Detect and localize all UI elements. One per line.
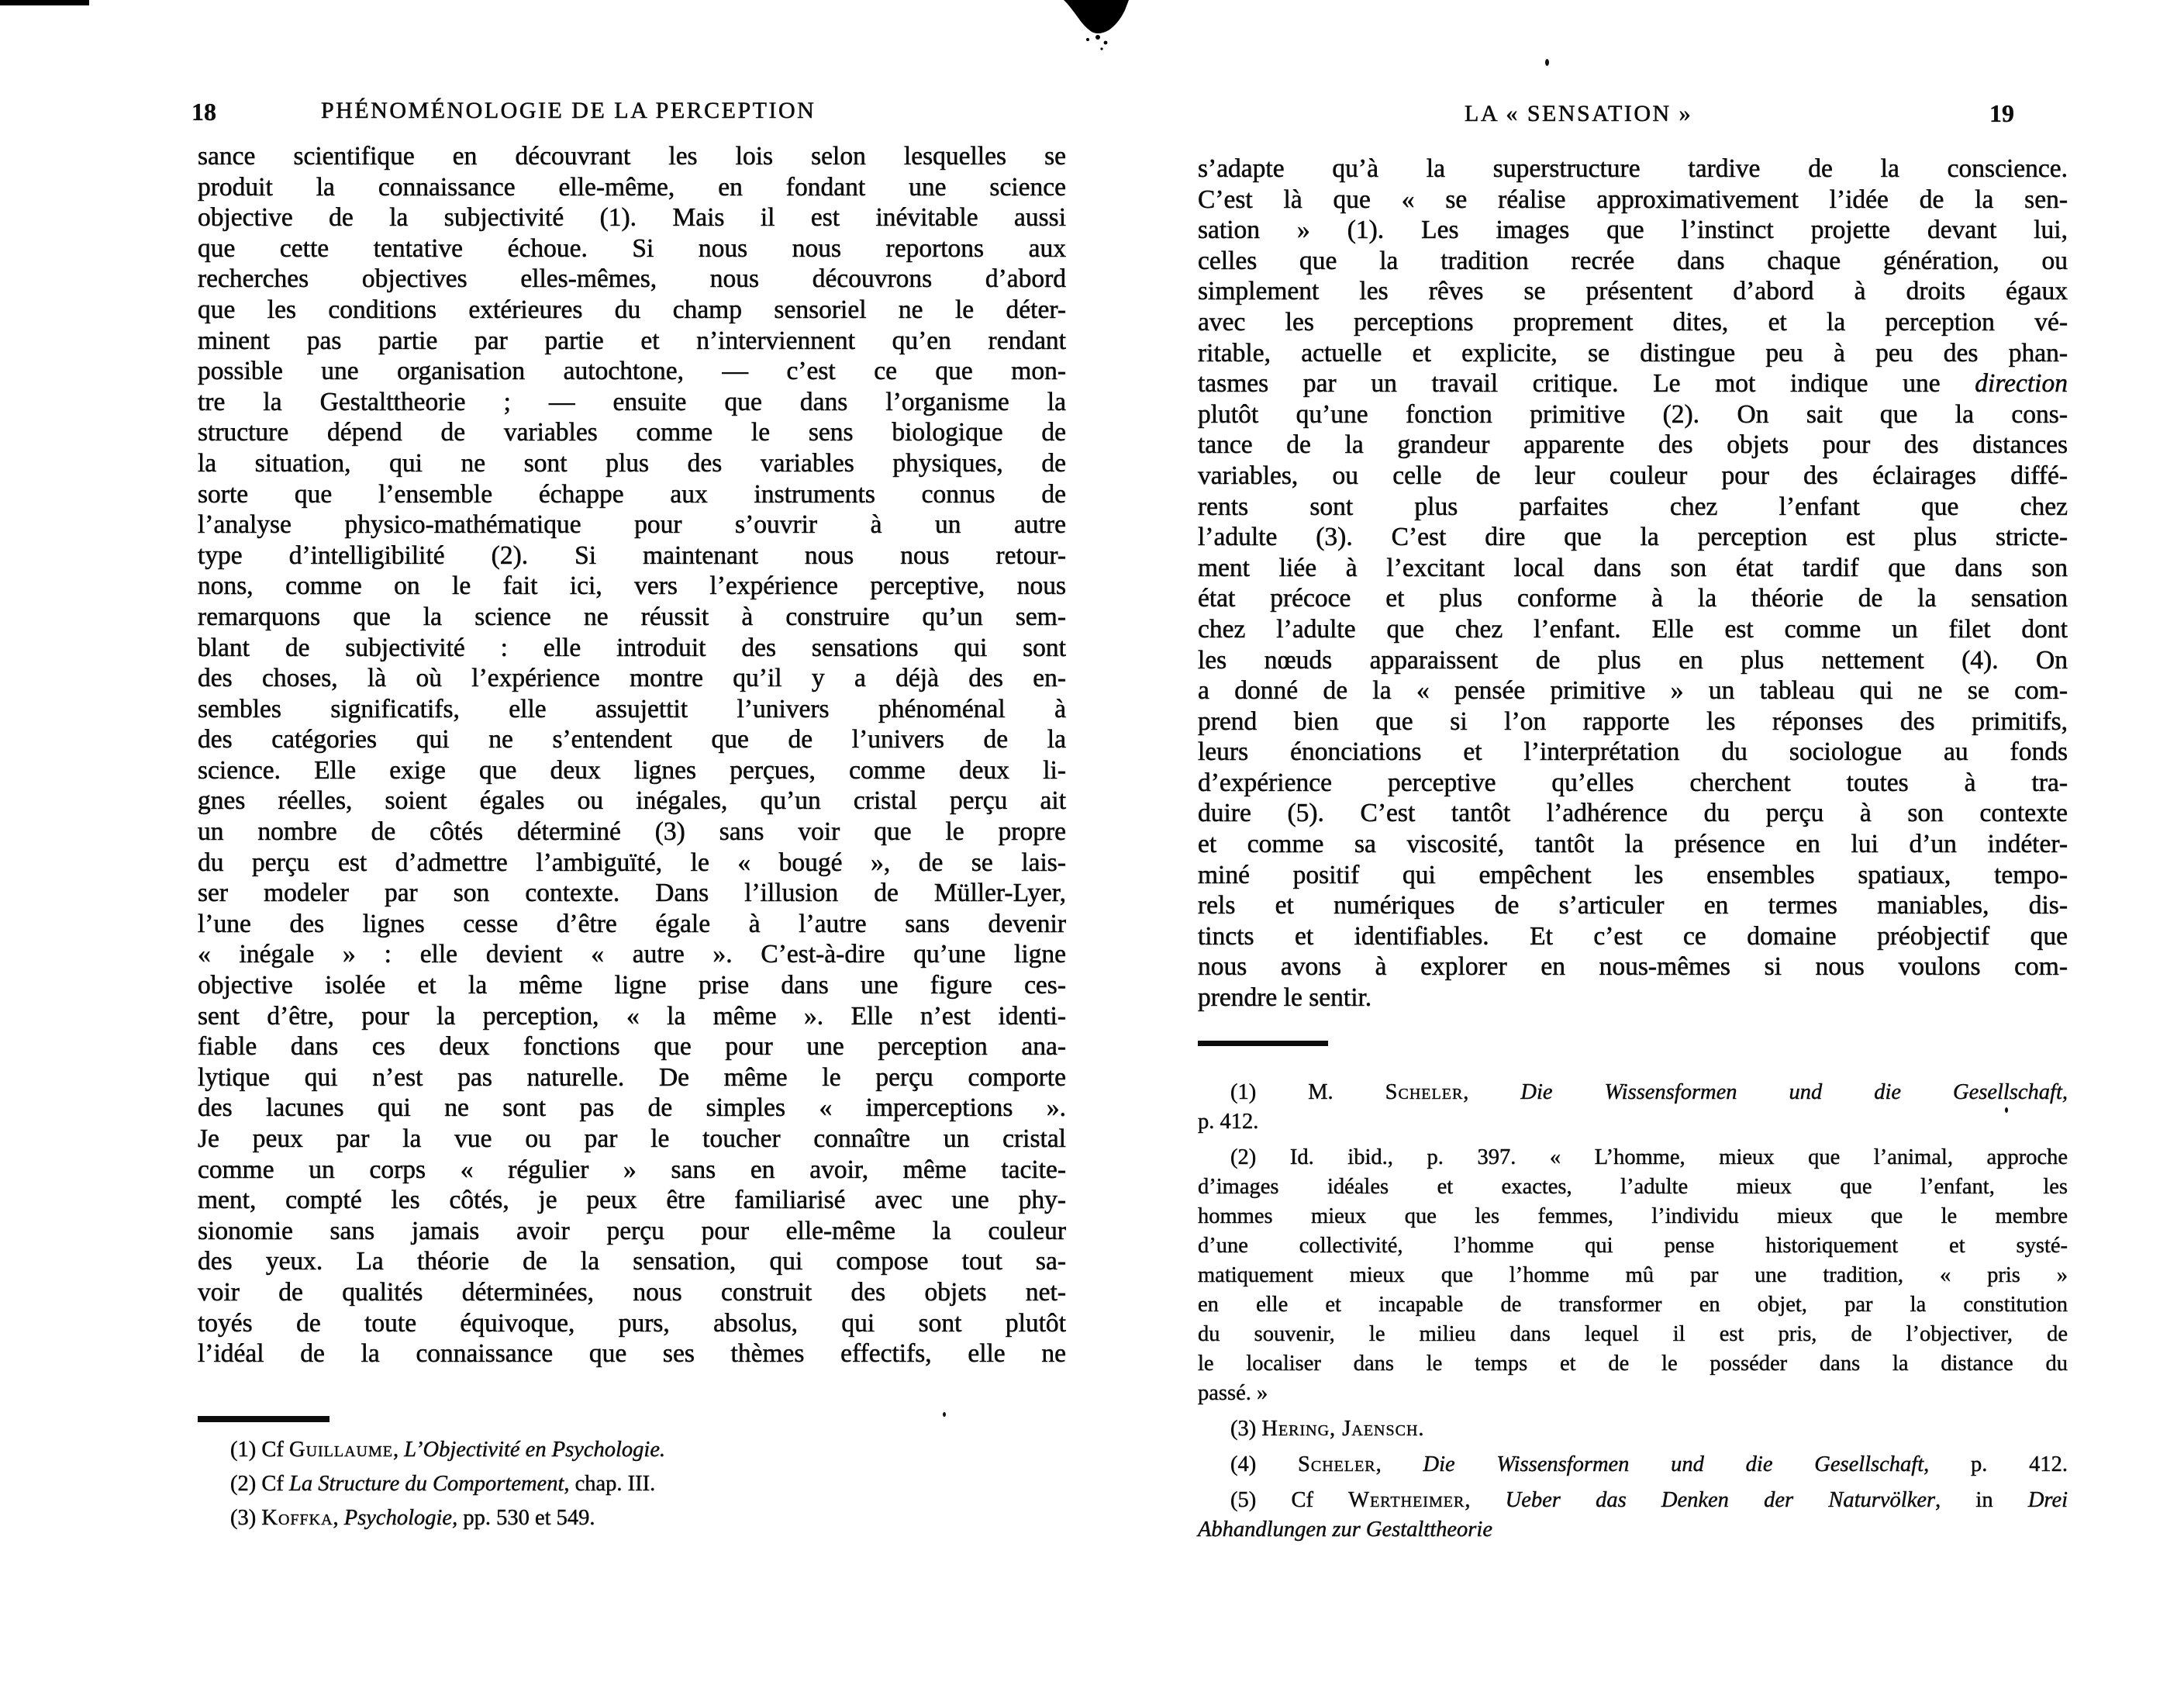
left-page-number: 18 xyxy=(191,98,216,126)
text-line: miné positif qui empêchent les ensembles… xyxy=(1198,860,2068,891)
text-line: p. 412. xyxy=(1198,1107,2068,1137)
text-line: (3) Hering, Jaensch. xyxy=(1198,1414,2068,1444)
text-line: Je peux par la vue ou par le toucher con… xyxy=(198,1124,1066,1155)
text-line: chez l’adulte que chez l’enfant. Elle es… xyxy=(1198,614,2068,645)
text-line: tasmes par un travail critique. Le mot i… xyxy=(1198,368,2068,399)
text-line: comme un corps « régulier » sans en avoi… xyxy=(198,1155,1066,1186)
scan-speck xyxy=(1545,59,1549,66)
text-line: d’expérience perceptive qu’elles cherche… xyxy=(1198,768,2068,799)
text-line: l’analyse physico-mathématique pour s’ou… xyxy=(198,509,1066,540)
scan-speck xyxy=(943,1412,946,1417)
text-line: (4) Scheler, Die Wissensformen und die G… xyxy=(1198,1450,2068,1480)
text-line: Abhandlungen zur Gestalttheorie xyxy=(1198,1515,2068,1545)
text-line: en elle et incapable de transformer en o… xyxy=(1198,1290,2068,1320)
text-line: sionomie sans jamais avoir perçu pour el… xyxy=(198,1216,1066,1247)
text-line: (3) Koffka, Psychologie, pp. 530 et 549. xyxy=(198,1501,1066,1535)
text-line: sent d’être, pour la perception, « la mê… xyxy=(198,1001,1066,1032)
text-line: (2) Cf La Structure du Comportement, cha… xyxy=(198,1467,1066,1501)
text-line: recherches objectives elles-mêmes, nous … xyxy=(198,264,1066,295)
text-line: la situation, qui ne sont plus des varia… xyxy=(198,448,1066,479)
text-line: l’adulte (3). C’est dire que la percepti… xyxy=(1198,522,2068,553)
text-line: tance de la grandeur apparente des objet… xyxy=(1198,430,2068,461)
text-line: un nombre de côtés déterminé (3) sans vo… xyxy=(198,817,1066,848)
text-line: et comme sa viscosité, tantôt la présenc… xyxy=(1198,829,2068,860)
text-line: des choses, là où l’expérience montre qu… xyxy=(198,663,1066,694)
text-line: rels et numériques de s’articuler en ter… xyxy=(1198,890,2068,921)
text-line: (1) M. Scheler, Die Wissensformen und di… xyxy=(1198,1078,2068,1107)
text-line: que cette tentative échoue. Si nous nous… xyxy=(198,233,1066,264)
text-line: du souvenir, le milieu dans lequel il es… xyxy=(1198,1320,2068,1349)
text-line: sance scientifique en découvrant les loi… xyxy=(198,141,1066,172)
text-line: avec les perceptions proprement dites, e… xyxy=(1198,307,2068,338)
text-line: nous avons à explorer en nous-mêmes si n… xyxy=(1198,951,2068,983)
text-line: s’adapte qu’à la superstructure tardive … xyxy=(1198,154,2068,185)
text-line: prendre le sentir. xyxy=(1198,983,2068,1014)
text-line: d’images idéales et exactes, l’adulte mi… xyxy=(1198,1172,2068,1202)
text-line: structure dépend de variables comme le s… xyxy=(198,417,1066,448)
text-line: ser modeler par son contexte. Dans l’ill… xyxy=(198,878,1066,909)
text-line: ment liée à l’excitant local dans son ét… xyxy=(1198,553,2068,584)
left-footnote-separator xyxy=(198,1416,329,1422)
right-footnote-separator xyxy=(1198,1041,1328,1046)
text-line: fiable dans ces deux fonctions que pour … xyxy=(198,1031,1066,1062)
scan-edge-artifact xyxy=(0,0,89,5)
text-line: duire (5). C’est tantôt l’adhérence du p… xyxy=(1198,798,2068,829)
text-line: ment, compté les côtés, je peux être fam… xyxy=(198,1185,1066,1216)
text-line: simplement les rêves se présentent d’abo… xyxy=(1198,276,2068,307)
text-line: variables, ou celle de leur couleur pour… xyxy=(1198,461,2068,492)
right-running-title: LA « SENSATION » xyxy=(1465,101,1692,127)
text-line: prend bien que si l’on rapporte les répo… xyxy=(1198,706,2068,737)
text-line: les nœuds apparaissent de plus en plus n… xyxy=(1198,645,2068,676)
text-line: sorte que l’ensemble échappe aux instrum… xyxy=(198,479,1066,510)
text-line: voir de qualités déterminées, nous const… xyxy=(198,1277,1066,1308)
text-line: (1) Cf Guillaume, L’Objectivité en Psych… xyxy=(198,1433,1066,1467)
text-line: ritable, actuelle et explicite, se disti… xyxy=(1198,338,2068,369)
text-line: nons, comme on le fait ici, vers l’expér… xyxy=(198,571,1066,602)
text-line: état précoce et plus conforme à la théor… xyxy=(1198,583,2068,614)
right-page-number: 19 xyxy=(1989,99,2014,128)
text-line: gnes réelles, soient égales ou inégales,… xyxy=(198,786,1066,817)
text-line: leurs énonciations et l’interprétation d… xyxy=(1198,737,2068,768)
scan-smudge-artifact xyxy=(1054,0,1140,54)
text-line: (5) Cf Wertheimer, Ueber das Denken der … xyxy=(1198,1486,2068,1515)
text-line: du perçu est d’admettre l’ambiguïté, le … xyxy=(198,848,1066,879)
right-body-text: s’adapte qu’à la superstructure tardive … xyxy=(1198,154,2068,1014)
text-line: lytique qui n’est pas naturelle. De même… xyxy=(198,1062,1066,1093)
text-line: l’idéal de la connaissance que ses thème… xyxy=(198,1338,1066,1369)
text-line: produit la connaissance elle-même, en fo… xyxy=(198,172,1066,203)
text-line: « inégale » : elle devient « autre ». C’… xyxy=(198,939,1066,970)
text-line: toyés de toute équivoque, purs, absolus,… xyxy=(198,1308,1066,1339)
text-line: le localiser dans le temps et de le poss… xyxy=(1198,1349,2068,1379)
text-line: tre la Gestalttheorie ; — ensuite que da… xyxy=(198,387,1066,418)
text-line: a donné de la « pensée primitive » un ta… xyxy=(1198,675,2068,706)
left-body-text: sance scientifique en découvrant les loi… xyxy=(198,141,1066,1369)
book-scan-spread: 18 PHÉNOMÉNOLOGIE DE LA PERCEPTION sance… xyxy=(0,0,2184,1706)
left-footnotes: (1) Cf Guillaume, L’Objectivité en Psych… xyxy=(198,1433,1066,1535)
text-line: tincts et identifiables. Et c’est ce dom… xyxy=(1198,921,2068,952)
text-line: rents sont plus parfaites chez l’enfant … xyxy=(1198,492,2068,523)
text-line: minent pas partie par partie et n’interv… xyxy=(198,326,1066,357)
text-line: que les conditions extérieures du champ … xyxy=(198,295,1066,326)
text-line: l’une des lignes cesse d’être égale à l’… xyxy=(198,909,1066,940)
text-line: d’une collectivité, l’homme qui pense hi… xyxy=(1198,1231,2068,1261)
text-line: possible une organisation autochtone, — … xyxy=(198,356,1066,387)
text-line: blant de subjectivité : elle introduit d… xyxy=(198,633,1066,664)
text-line: passé. » xyxy=(1198,1379,2068,1408)
text-line: plutôt qu’une fonction primitive (2). On… xyxy=(1198,399,2068,430)
text-line: C’est là que « se réalise approximativem… xyxy=(1198,185,2068,216)
text-line: science. Elle exige que deux lignes perç… xyxy=(198,755,1066,786)
text-line: des catégories qui ne s’entendent que de… xyxy=(198,724,1066,755)
text-line: sation » (1). Les images que l’instinct … xyxy=(1198,215,2068,246)
text-line: objective de la subjectivité (1). Mais i… xyxy=(198,202,1066,233)
text-line: matiquement mieux que l’homme mû par une… xyxy=(1198,1261,2068,1290)
left-running-title: PHÉNOMÉNOLOGIE DE LA PERCEPTION xyxy=(321,98,816,124)
text-line: des lacunes qui ne sont pas de simples «… xyxy=(198,1093,1066,1124)
text-line: remarquons que la science ne réussit à c… xyxy=(198,602,1066,633)
text-line: des yeux. La théorie de la sensation, qu… xyxy=(198,1246,1066,1277)
text-line: hommes mieux que les femmes, l’individu … xyxy=(1198,1202,2068,1231)
text-line: objective isolée et la même ligne prise … xyxy=(198,970,1066,1001)
text-line: type d’intelligibilité (2). Si maintenan… xyxy=(198,540,1066,572)
right-footnotes: (1) M. Scheler, Die Wissensformen und di… xyxy=(1198,1078,2068,1545)
text-line: (2) Id. ibid., p. 397. « L’homme, mieux … xyxy=(1198,1143,2068,1172)
text-line: sembles significatifs, elle assujettit l… xyxy=(198,694,1066,725)
text-line: celles que la tradition recrée dans chaq… xyxy=(1198,246,2068,277)
